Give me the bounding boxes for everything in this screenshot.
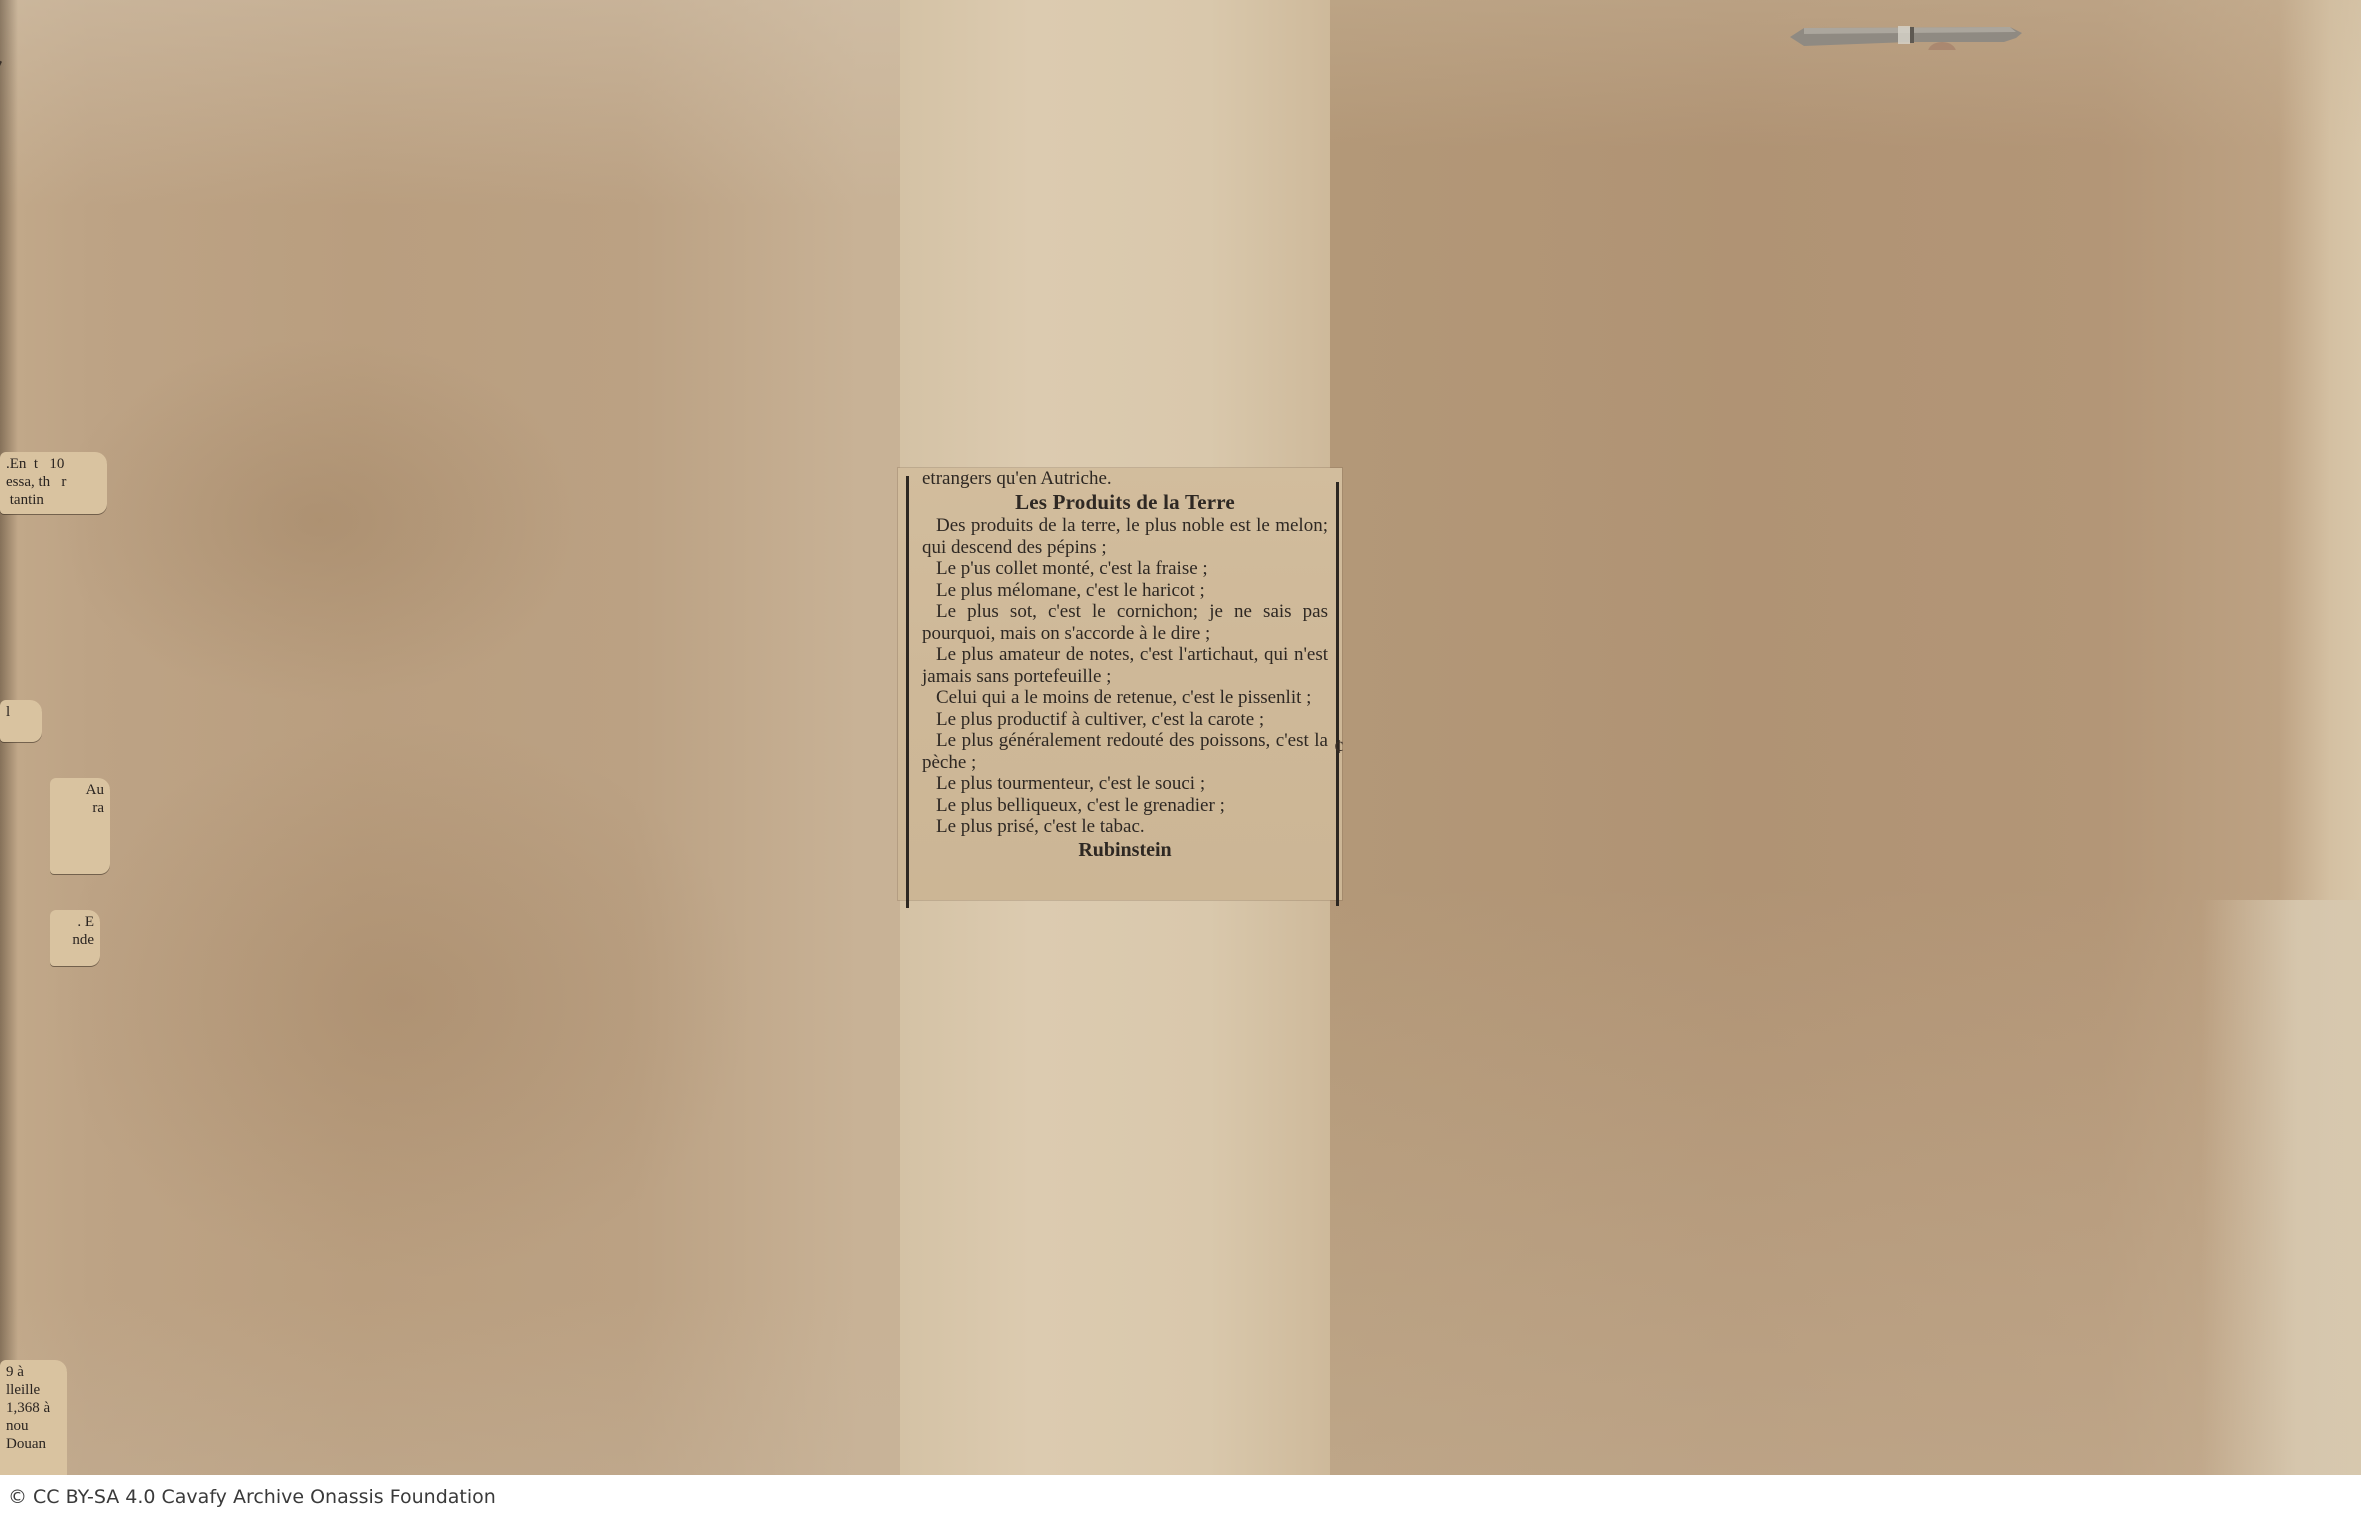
- column-rule-left: [906, 476, 909, 908]
- newspaper-clipping: etrangers qu'en Autriche. Les Produits d…: [898, 468, 1342, 900]
- clipping-signature: Rubinstein: [922, 840, 1328, 862]
- clipping-paragraph: Le plus prisé, c'est le tabac.: [922, 816, 1328, 838]
- clipping-text: etrangers qu'en Autriche. Les Produits d…: [922, 468, 1328, 869]
- clipping-paragraph: Des produits de la terre, le plus noble …: [922, 515, 1328, 558]
- left-page: [0, 0, 905, 1475]
- clipping-paragraph: Le plus belliqueux, c'est le grenadier ;: [922, 795, 1328, 817]
- right-page: [1330, 0, 2361, 1475]
- clipping-paragraph: Le plus amateur de notes, c'est l'artich…: [922, 644, 1328, 687]
- torn-fragment-5: l: [0, 700, 42, 742]
- torn-fragment-4: 9 à lleille 1,368 à nou Douan: [0, 1360, 67, 1475]
- clipping-paragraph: Le plus généralement redouté des poisson…: [922, 730, 1328, 773]
- metal-clip-icon: [1790, 24, 2024, 50]
- previous-article-line: etrangers qu'en Autriche.: [922, 468, 1328, 490]
- clipping-title: Les Produits de la Terre: [922, 492, 1328, 514]
- scanned-page-spread: .En t 10 essa, th r tantin l Au ra . E n…: [0, 0, 2361, 1475]
- clipping-paragraph: Le plus sot, c'est le cornichon; je ne s…: [922, 601, 1328, 644]
- clipping-paragraph: Celui qui a le moins de retenue, c'est l…: [922, 687, 1328, 709]
- torn-fragment-3: . E nde: [50, 910, 100, 966]
- column-rule-right: [1336, 482, 1339, 906]
- margin-mark: ¢: [1334, 736, 1344, 759]
- left-page-shading: [0, 0, 905, 1475]
- clipping-paragraph: Le plus productif à cultiver, c'est la c…: [922, 709, 1328, 731]
- clipping-paragraph: Le plus mélomane, c'est le haricot ;: [922, 580, 1328, 602]
- copyright-credit: © CC BY-SA 4.0 Cavafy Archive Onassis Fo…: [8, 1486, 496, 1508]
- clipping-paragraph: Le p'us collet monté, c'est la fraise ;: [922, 558, 1328, 580]
- clipping-paragraph: Le plus tourmenteur, c'est le souci ;: [922, 773, 1328, 795]
- torn-fragment-2: Au ra: [50, 778, 110, 874]
- clipping-cut-off-line: ... ... ... ... ...: [922, 859, 1328, 869]
- right-page-pale-edge: [2201, 900, 2361, 1475]
- footer-bar: © CC BY-SA 4.0 Cavafy Archive Onassis Fo…: [0, 1475, 2361, 1523]
- torn-fragment-1: .En t 10 essa, th r tantin: [0, 452, 107, 514]
